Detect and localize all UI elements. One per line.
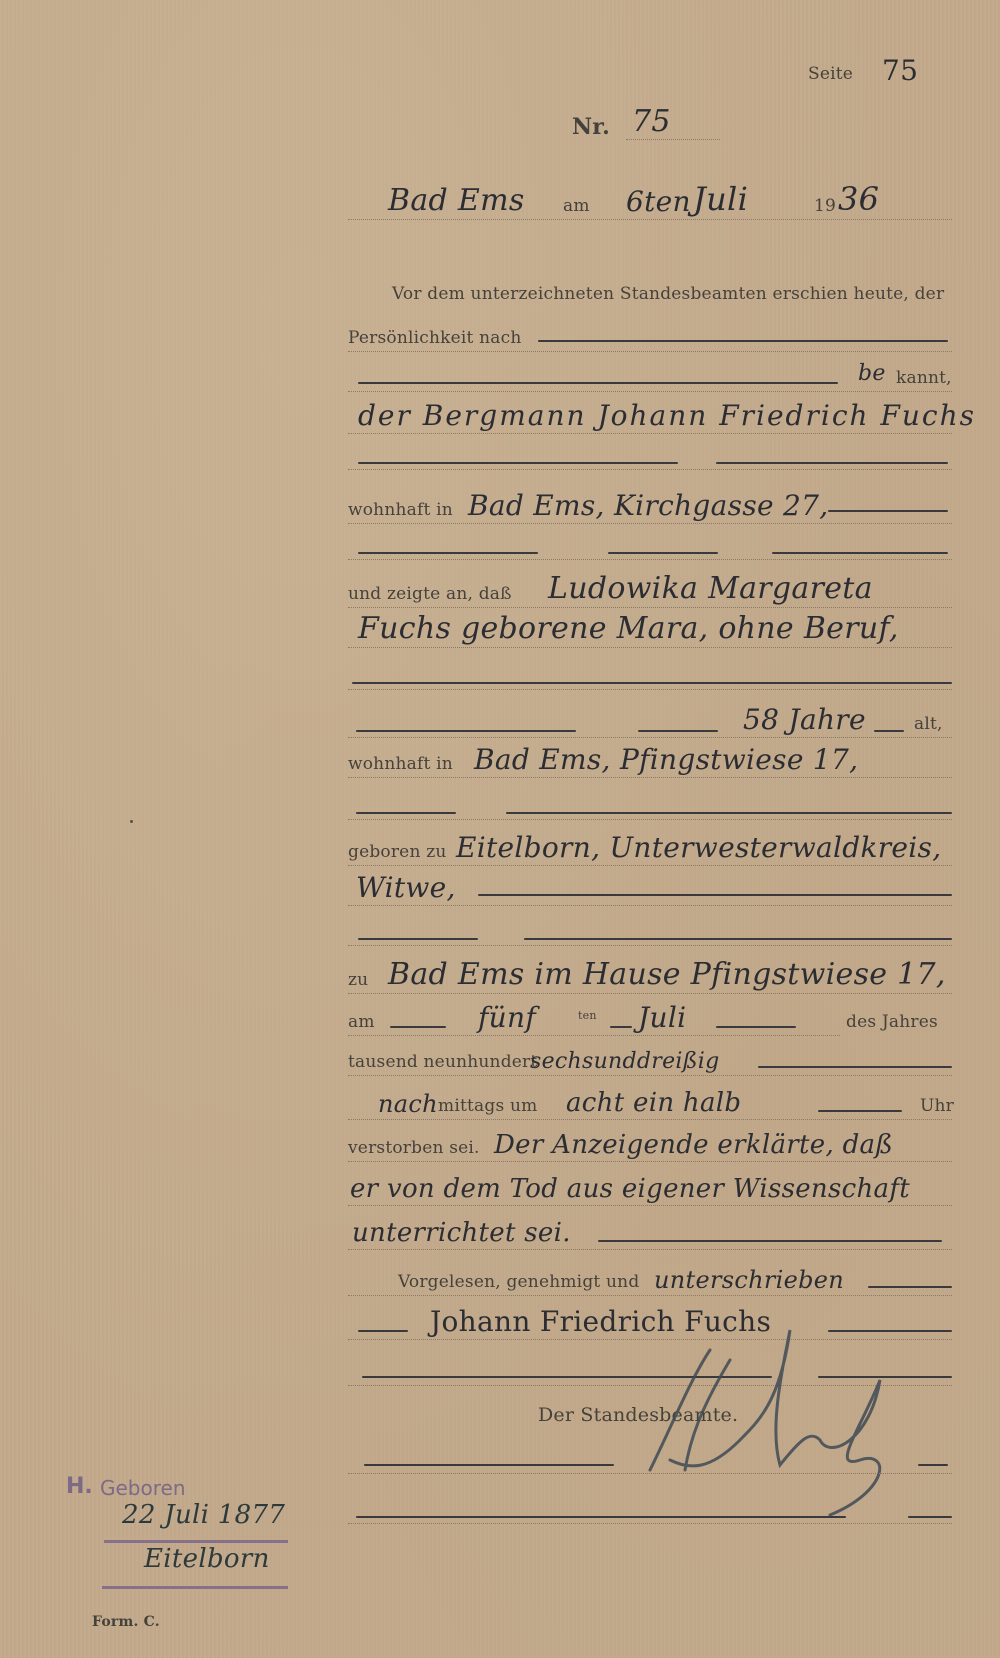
declarant-name: der Bergmann Johann Friedrich Fuchs <box>358 399 976 432</box>
stamp-geboren: Geboren <box>100 1476 186 1500</box>
remark-line-3: unterrichtet sei. <box>352 1218 571 1248</box>
declarant-residence: Bad Ems, Kirchgasse 27, <box>468 489 828 522</box>
wohnhaft-label-2: wohnhaft in <box>348 754 453 774</box>
persoenlichkeit-label: Persönlichkeit nach <box>348 328 522 348</box>
blank-row-2 <box>348 530 952 560</box>
signature-line-row-2 <box>348 1494 952 1524</box>
deceased-residence-row: wohnhaft in Bad Ems, Pfingstwiese 17, <box>348 748 952 778</box>
deceased-given-names: Ludowika Margareta <box>548 571 873 606</box>
deceased-residence: Bad Ems, Pfingstwiese 17, <box>474 743 858 776</box>
blank-row-1 <box>348 440 952 470</box>
intro-text: Vor dem unterzeichneten Standesbeamten e… <box>392 284 944 304</box>
bekannt-label: kannt, <box>896 368 952 388</box>
record-number: 75 <box>632 104 671 139</box>
birthplace-row-2: Witwe, <box>348 876 952 906</box>
deceased-surname: Fuchs geborene Mara, ohne Beruf, <box>358 611 899 646</box>
civil-registry-death-record: Seite 75 Nr. 75 Bad Ems am 6ten Juli 19 … <box>0 0 1000 1658</box>
vorgelesen-label: Vorgelesen, genehmigt und <box>398 1272 639 1292</box>
death-place-row: zu Bad Ems im Hause Pfingstwiese 17, <box>348 964 952 994</box>
stamp-letter: H. <box>66 1474 93 1499</box>
remark-row-3: unterrichtet sei. <box>348 1220 952 1250</box>
remark-line-1: Der Anzeigende erklärte, daß <box>494 1130 893 1160</box>
margin-birth-date: 22 Juli 1877 <box>122 1500 285 1530</box>
deceased-age: 58 Jahre <box>743 703 866 736</box>
geboren-label: geboren zu <box>348 842 447 862</box>
death-month: Juli <box>638 1001 686 1034</box>
mittags-label: mittags um <box>438 1096 537 1116</box>
blank-row-3 <box>348 660 952 690</box>
year-suffix: 36 <box>838 180 879 218</box>
bekannt-row: be kannt, <box>348 362 952 392</box>
declarant-row: der Bergmann Johann Friedrich Fuchs <box>348 404 952 434</box>
deceased-row-2: Fuchs geborene Mara, ohne Beruf, <box>348 618 952 648</box>
death-time-row: nach mittags um acht ein halb Uhr <box>348 1090 952 1120</box>
remark-row-1: verstorben sei. Der Anzeigende erklärte,… <box>348 1132 952 1162</box>
death-year-row: tausend neunhundert sechsunddreißig <box>348 1046 952 1076</box>
blank-row-4 <box>348 790 952 820</box>
uhr-label: Uhr <box>920 1096 954 1116</box>
wohnhaft-label: wohnhaft in <box>348 500 453 520</box>
vorgelesen-row: Vorgelesen, genehmigt und unterschrieben <box>348 1266 952 1296</box>
place-date-row: Bad Ems am 6ten Juli 19 36 <box>348 186 952 220</box>
am-label-2: am <box>348 1012 375 1032</box>
persoenlichkeit-row: Persönlichkeit nach <box>348 322 952 352</box>
margin-birth-place: Eitelborn <box>144 1544 270 1574</box>
margin-birth-note: H. Geboren 22 Juli 1877 Eitelborn <box>60 1470 320 1590</box>
record-month: Juli <box>693 180 748 218</box>
page-label: Seite <box>808 64 853 84</box>
bekannt-hand: be <box>858 361 886 386</box>
year-prefix: 19 <box>814 196 836 216</box>
death-time: acht ein halb <box>566 1088 741 1118</box>
deceased-status: Witwe, <box>356 871 456 904</box>
record-number-row: Nr. 75 <box>570 108 720 140</box>
death-year-words: sechsunddreißig <box>530 1049 719 1074</box>
zu-label: zu <box>348 970 368 990</box>
paper-speck <box>130 820 133 823</box>
blank-row-5 <box>348 916 952 946</box>
age-row: 58 Jahre alt, <box>348 708 952 738</box>
verstorben-label: verstorben sei. <box>348 1138 480 1158</box>
form-label: Form. C. <box>92 1614 160 1630</box>
deceased-row-1: und zeigte an, daß Ludowika Margareta <box>348 578 952 608</box>
des-jahres-label: des Jahres <box>846 1012 938 1032</box>
death-day: fünf <box>478 1001 536 1034</box>
deceased-birthplace: Eitelborn, Unterwesterwaldkreis, <box>456 831 941 864</box>
record-day: 6ten <box>626 185 691 218</box>
tausend-label: tausend neunhundert <box>348 1052 537 1072</box>
birthplace-row-1: geboren zu Eitelborn, Unterwesterwaldkre… <box>348 836 952 866</box>
official-signature: Klein <box>690 1408 694 1409</box>
nach-hand: nach <box>378 1090 438 1118</box>
declarant-residence-row: wohnhaft in Bad Ems, Kirchgasse 27, <box>348 494 952 524</box>
am-label: am <box>563 196 590 216</box>
death-place: Bad Ems im Hause Pfingstwiese 17, <box>388 957 946 992</box>
ten-label: ten <box>578 1009 597 1022</box>
zeigte-an-label: und zeigte an, daß <box>348 584 512 604</box>
death-date-row: am fünf ten Juli des Jahres <box>348 1006 952 1036</box>
record-place: Bad Ems <box>388 183 525 218</box>
official-signature-flourish <box>630 1320 910 1520</box>
vorgelesen-hand: unterschrieben <box>654 1266 844 1294</box>
remark-line-2: er von dem Tod aus eigener Wissenschaft <box>350 1174 910 1204</box>
alt-label: alt, <box>914 714 943 734</box>
nr-label: Nr. <box>572 114 610 140</box>
remark-row-2: er von dem Tod aus eigener Wissenschaft <box>348 1176 952 1206</box>
page-number: 75 <box>882 54 918 87</box>
signature-line-row <box>348 1444 952 1474</box>
